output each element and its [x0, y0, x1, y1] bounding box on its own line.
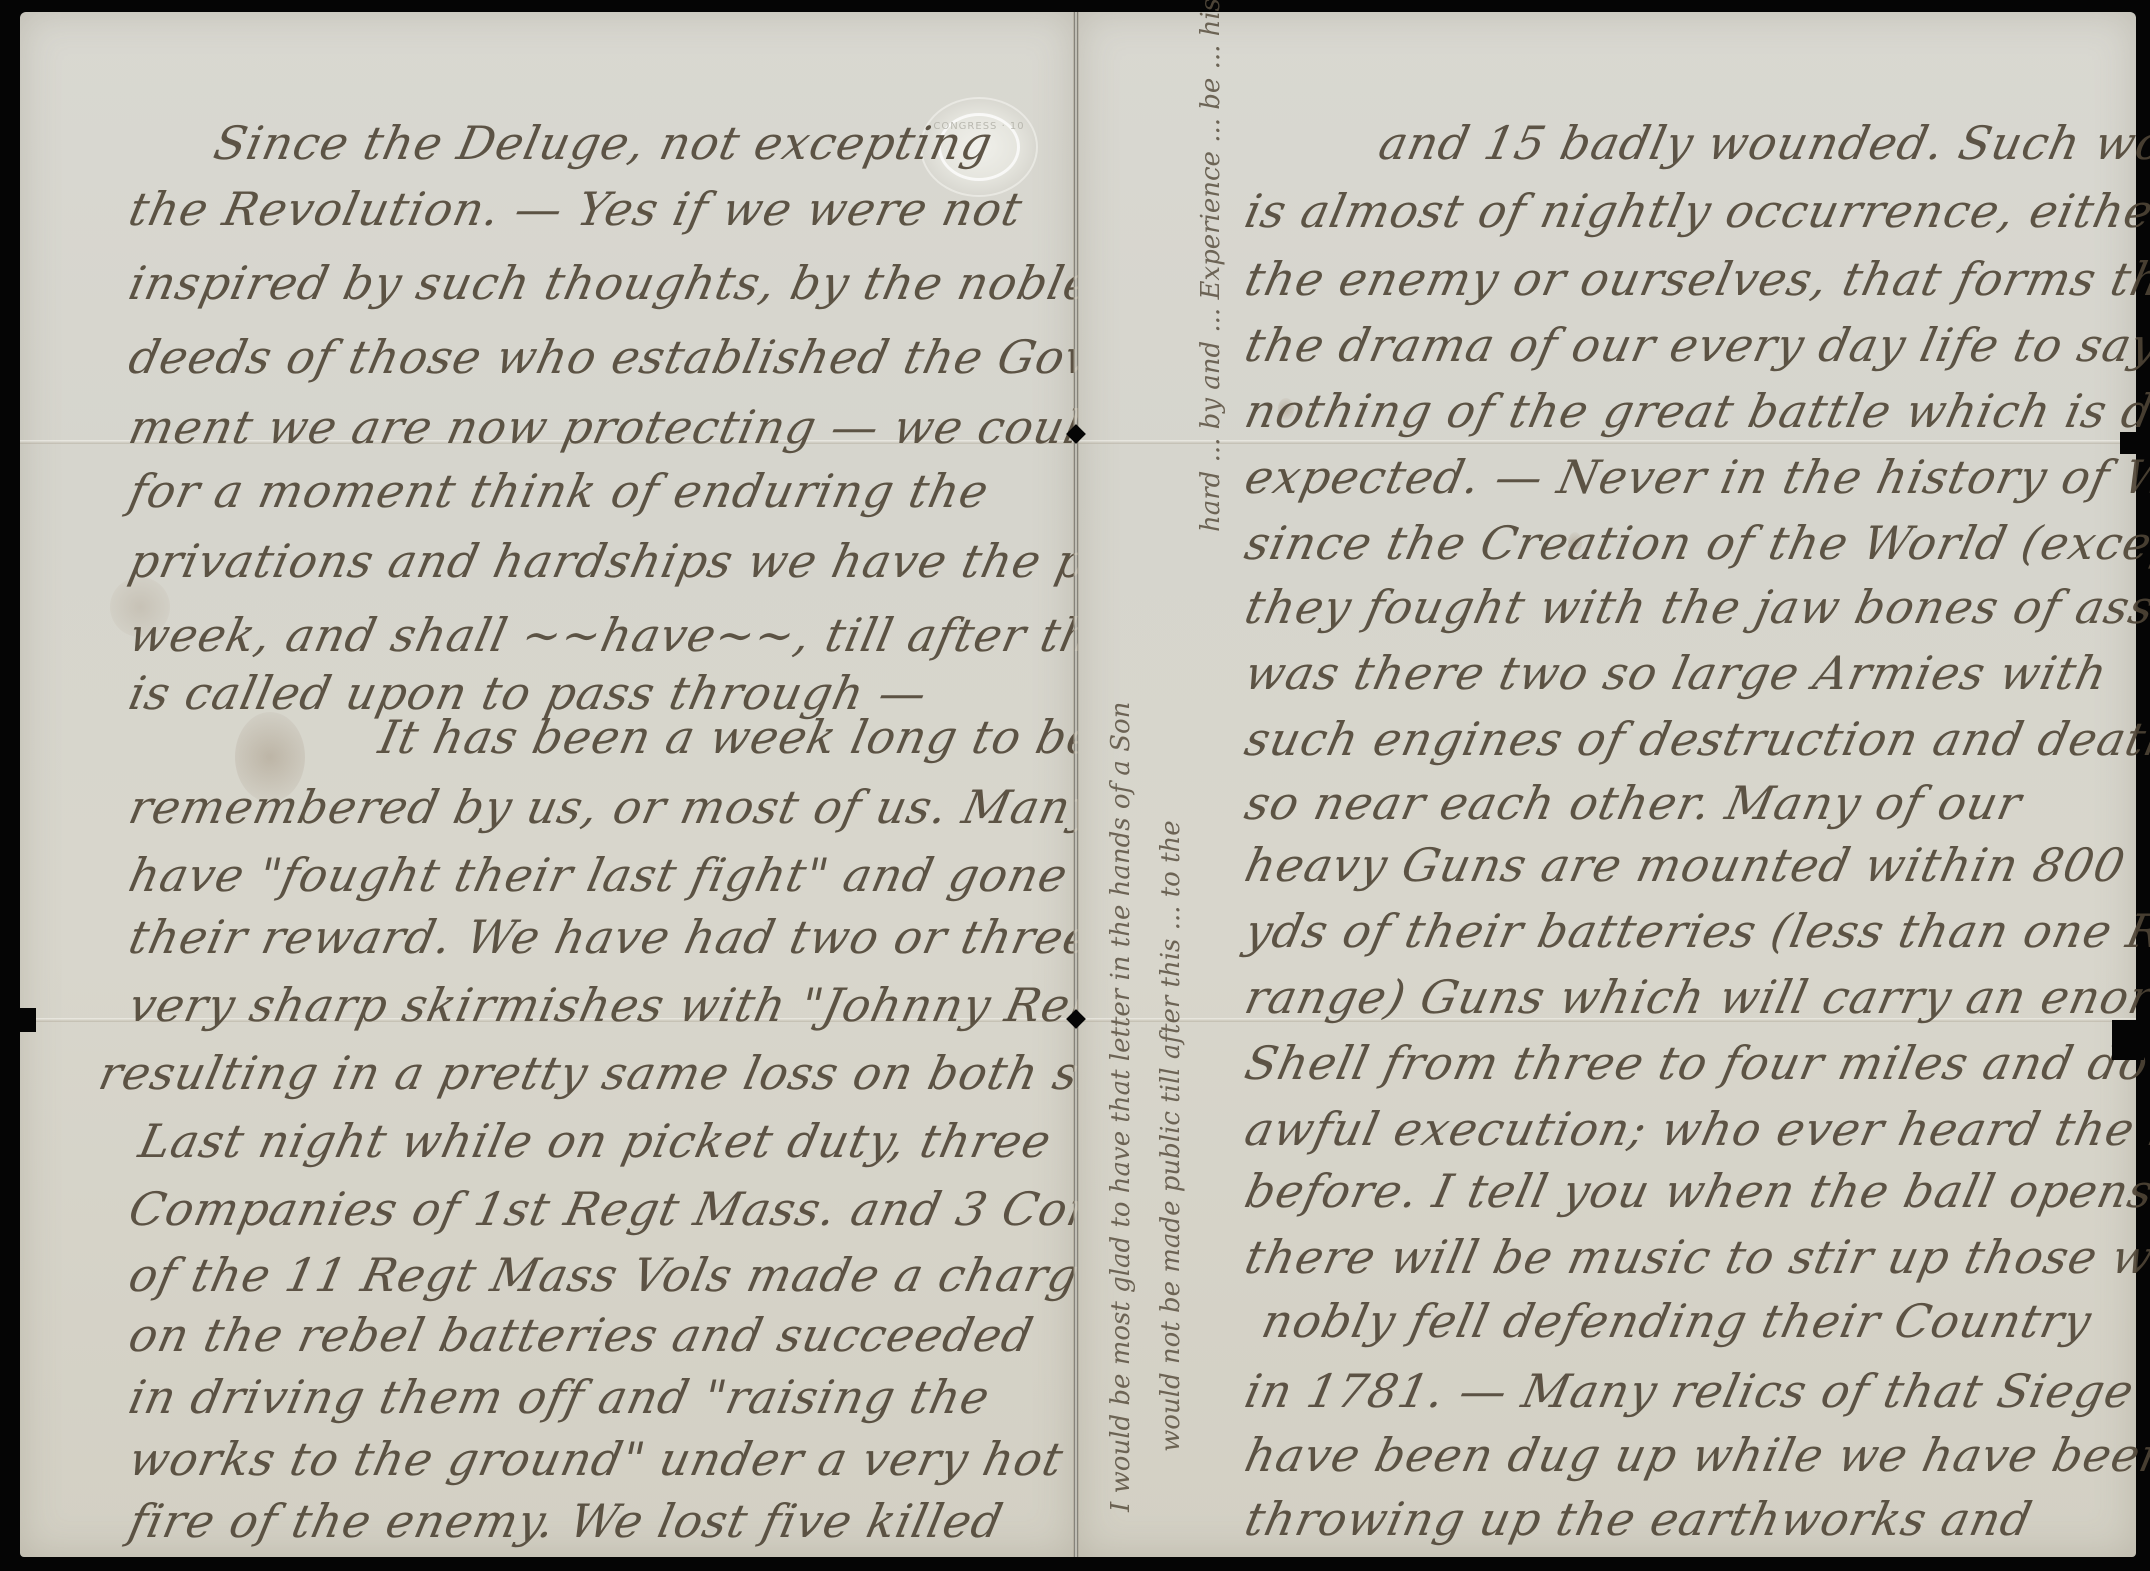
- left-line-18: of the 11 Regt Mass Vols made a charge: [124, 1248, 1112, 1302]
- left-line-19: on the rebel batteries and succeeded: [124, 1308, 1038, 1362]
- fold-line-upper: [1078, 440, 2136, 444]
- right-edge-tear-upper: [2120, 432, 2144, 454]
- right-line-15: Shell from three to four miles and do: [1240, 1036, 2150, 1090]
- right-line-1: and 15 badly wounded. Such work: [1374, 116, 2150, 170]
- right-line-19: nobly fell defending their Country: [1257, 1294, 2097, 1348]
- left-edge-tear: [14, 1008, 36, 1032]
- right-line-2: is almost of nightly occurrence, either …: [1240, 184, 2150, 238]
- left-line-14: very sharp skirmishes with "Johnny Rebel…: [124, 978, 1172, 1032]
- left-line-5: ment we are now protecting — we could no…: [124, 400, 1211, 454]
- right-line-4: the drama of our every day life to say: [1240, 318, 2150, 372]
- right-line-5: nothing of the great battle which is dai…: [1240, 384, 2150, 438]
- right-line-21: have been dug up while we have been: [1240, 1428, 2150, 1482]
- left-line-15: resulting in a pretty same loss on both …: [94, 1046, 1199, 1100]
- right-line-13: yds of their batteries (less than one Ri…: [1240, 904, 2150, 958]
- right-line-8: they fought with the jaw bones of asses): [1240, 580, 2150, 634]
- right-line-7: since the Creation of the World (except …: [1240, 516, 2150, 570]
- margin-note-column-2: would not be made public till after this…: [1156, 820, 1186, 1452]
- left-line-7: privations and hardships we have the pas…: [124, 534, 1165, 588]
- left-line-22: fire of the enemy. We lost five killed: [124, 1494, 1008, 1548]
- left-line-6: for a moment think of enduring the: [124, 464, 994, 518]
- left-line-12: have "fought their last fight" and gone …: [124, 848, 1137, 902]
- margin-note-column-3: hard ... by and ... Experience ... be ..…: [1196, 0, 1226, 532]
- center-fold: [1073, 12, 1079, 1557]
- right-line-22: throwing up the earthworks and: [1240, 1492, 2037, 1546]
- right-line-17: before. I tell you when the ball opens: [1240, 1164, 2150, 1218]
- right-line-18: there will be music to stir up those who…: [1240, 1230, 2150, 1284]
- right-page: and 15 badly wounded. Such work is almos…: [1078, 12, 2136, 1557]
- right-line-12: heavy Guns are mounted within 800: [1240, 838, 2130, 892]
- left-line-21: works to the ground" under a very hot: [124, 1432, 1068, 1486]
- right-line-10: such engines of destruction and death: [1240, 712, 2150, 766]
- right-line-11: so near each other. Many of our: [1240, 776, 2027, 830]
- left-line-16: Last night while on picket duty, three: [134, 1114, 1056, 1168]
- right-line-3: the enemy or ourselves, that forms the: [1240, 252, 2150, 306]
- left-line-1: Since the Deluge, not excepting: [209, 116, 998, 170]
- left-line-20: in driving them off and "raising the: [124, 1370, 995, 1424]
- left-line-3: inspired by such thoughts, by the noble: [124, 256, 1098, 310]
- right-edge-tear-lower: [2112, 1020, 2144, 1060]
- left-line-10: It has been a week long to be: [374, 710, 1101, 764]
- left-line-2: the Revolution. — Yes if we were not: [124, 182, 1027, 236]
- margin-note-column-1: I would be most glad to have that letter…: [1106, 702, 1136, 1512]
- right-line-16: awful execution; who ever heard the like: [1240, 1102, 2150, 1156]
- left-line-4: deeds of those who established the Gover…: [124, 330, 1196, 384]
- left-line-17: Companies of 1st Regt Mass. and 3 Comp.: [124, 1182, 1164, 1236]
- left-line-11: remembered by us, or most of us. Many: [124, 780, 1103, 834]
- left-page: CONGRESS · 10 Since the Deluge, not exce…: [20, 12, 1074, 1557]
- right-line-9: was there two so large Armies with: [1240, 646, 2112, 700]
- right-line-20: in 1781. — Many relics of that Siege: [1240, 1364, 2139, 1418]
- left-line-13: their reward. We have had two or three: [124, 910, 1097, 964]
- right-line-6: expected. — Never in the history of Wars: [1240, 450, 2150, 504]
- right-line-14: range) Guns which will carry an enormous: [1240, 970, 2150, 1024]
